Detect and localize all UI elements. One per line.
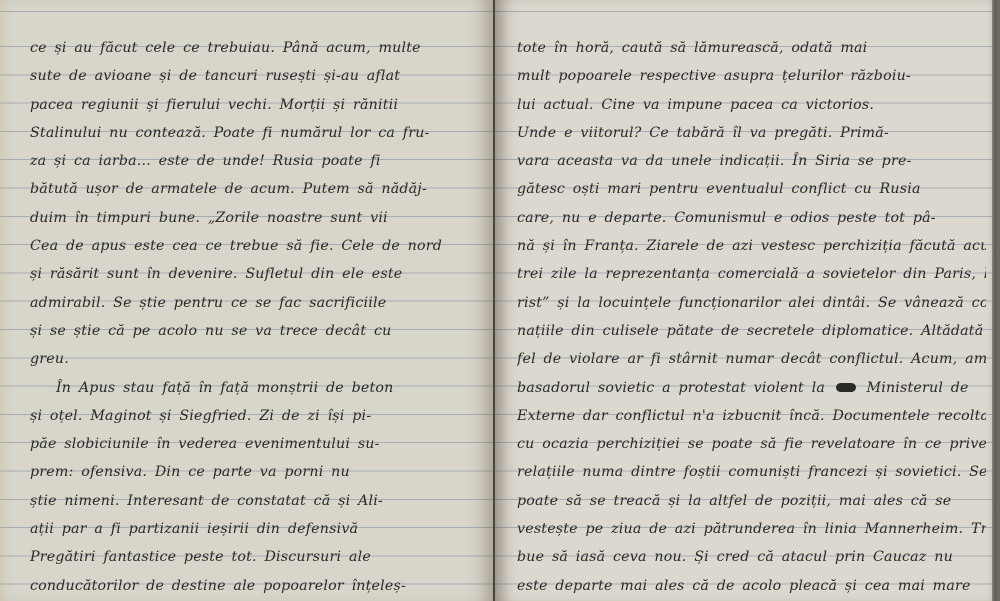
handwritten-line: și răsărit sunt în devenire. Sufletul di…	[30, 260, 479, 288]
line-text-before-blot: basadorul sovietic a protestat violent l…	[517, 380, 825, 396]
handwritten-line: za și ca iarba... este de unde! Rusia po…	[30, 147, 479, 175]
left-page-text: ce și au făcut cele ce trebuiau. Până ac…	[30, 34, 479, 600]
right-page: tote în horă, caută să lămurească, odată…	[495, 0, 996, 601]
notebook-spread: ce și au făcut cele ce trebuiau. Până ac…	[0, 0, 996, 601]
handwritten-line: și oțel. Maginot și Siegfried. Zi de zi …	[30, 402, 479, 430]
handwritten-line-with-blot: basadorul sovietic a protestat violent l…	[517, 374, 986, 402]
handwritten-line: trei zile la reprezentanța comercială a …	[517, 260, 986, 288]
handwritten-line: admirabil. Se știe pentru ce se fac sacr…	[30, 289, 479, 317]
handwritten-line: ații par a fi partizanii ieșirii din def…	[30, 515, 479, 543]
handwritten-line: Cea de apus este cea ce trebue să fie. C…	[30, 232, 479, 260]
handwritten-line: bătută ușor de armatele de acum. Putem s…	[30, 175, 479, 203]
handwritten-line: conducătorilor de destine ale popoarelor…	[30, 572, 479, 600]
right-page-text: tote în horă, caută să lămurească, odată…	[517, 34, 986, 600]
left-page: ce și au făcut cele ce trebuiau. Până ac…	[0, 0, 493, 601]
handwritten-line: greu.	[30, 345, 479, 373]
handwritten-line: ce și au făcut cele ce trebuiau. Până ac…	[30, 34, 479, 62]
handwritten-line: este departe mai ales că de acolo pleacă…	[517, 572, 986, 600]
handwritten-line: tote în horă, caută să lămurească, odată…	[517, 34, 986, 62]
handwritten-line: lui actual. Cine va impune pacea ca vict…	[517, 91, 986, 119]
paragraph-start-line: În Apus stau față în față monștrii de be…	[30, 374, 479, 402]
handwritten-line: păe slobiciunile în vederea evenimentulu…	[30, 430, 479, 458]
handwritten-line: bue să iasă ceva nou. Și cred că atacul …	[517, 543, 986, 571]
handwritten-line: gătesc oști mari pentru eventualul confl…	[517, 175, 986, 203]
handwritten-line: și se știe că pe acolo nu se va trece de…	[30, 317, 479, 345]
handwritten-line: Unde e viitorul? Ce tabără îl va pregăti…	[517, 119, 986, 147]
handwritten-line: Externe dar conflictul n'a izbucnit încă…	[517, 402, 986, 430]
handwritten-line: Pregătiri fantastice peste tot. Discursu…	[30, 543, 479, 571]
handwritten-line: cu ocazia perchiziției se poate să fie r…	[517, 430, 986, 458]
handwritten-line: relațiile numa dintre foștii comuniști f…	[517, 458, 986, 486]
handwritten-line: vestește pe ziua de azi pătrunderea în l…	[517, 515, 986, 543]
ink-blot-icon	[836, 383, 856, 392]
handwritten-line: mult popoarele respective asupra țeluril…	[517, 62, 986, 90]
handwritten-line: sute de avioane și de tancuri rusești și…	[30, 62, 479, 90]
handwritten-line: prem: ofensiva. Din ce parte va porni nu	[30, 458, 479, 486]
handwritten-line: națiile din culisele pătate de secretele…	[517, 317, 986, 345]
handwritten-line: știe nimeni. Interesant de constatat că …	[30, 487, 479, 515]
handwritten-line: vara aceasta va da unele indicații. În S…	[517, 147, 986, 175]
handwritten-line: care, nu e departe. Comunismul e odios p…	[517, 204, 986, 232]
handwritten-line: fel de violare ar fi stârnit numar decât…	[517, 345, 986, 373]
line-text-after-blot: Ministerul de	[866, 380, 968, 396]
page-edge	[992, 0, 996, 601]
handwritten-line: nă și în Franța. Ziarele de azi vestesc …	[517, 232, 986, 260]
handwritten-line: Stalinului nu contează. Poate fi numărul…	[30, 119, 479, 147]
handwritten-line: duim în timpuri bune. „Zorile noastre su…	[30, 204, 479, 232]
handwritten-line: pacea regiunii și fierului vechi. Morții…	[30, 91, 479, 119]
handwritten-line: rist” și la locuințele funcționarilor al…	[517, 289, 986, 317]
handwritten-line: poate să se treacă și la altfel de poziț…	[517, 487, 986, 515]
